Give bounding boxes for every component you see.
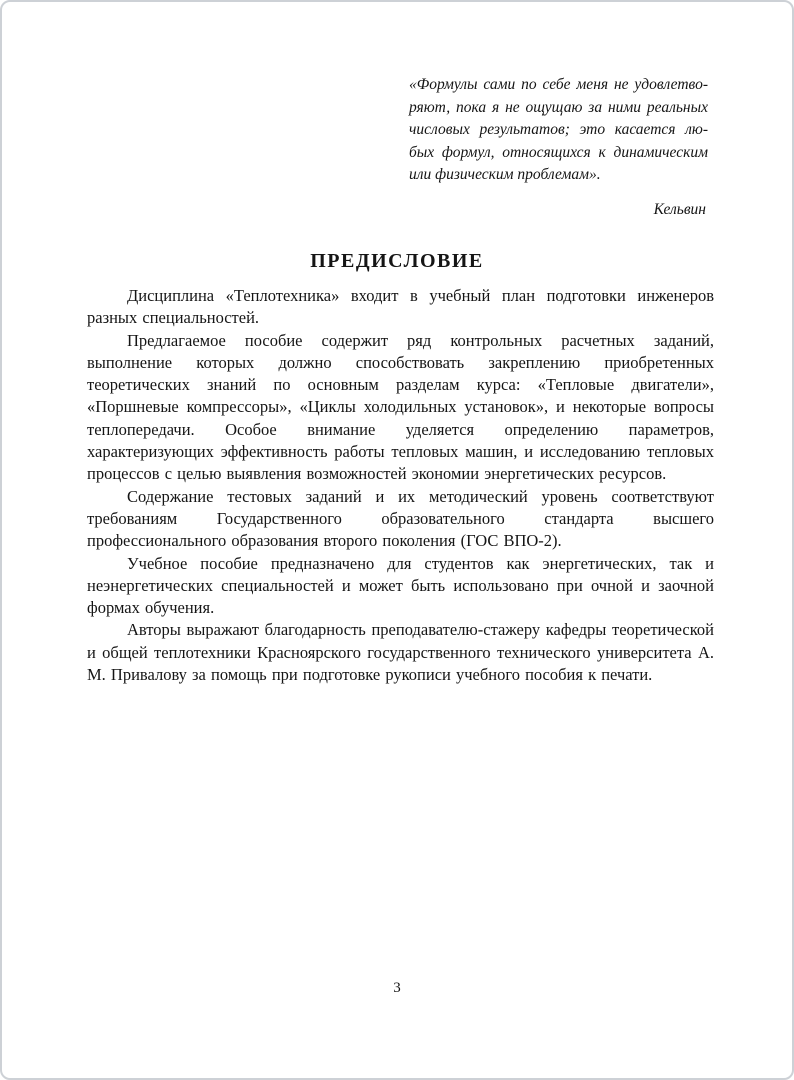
epigraph-author: Кельвин bbox=[409, 201, 708, 219]
page-number: 3 bbox=[2, 980, 792, 997]
paragraph: Учебное пособие предназначено для студен… bbox=[87, 553, 714, 620]
preface-body: Дисциплина «Теплотехника» входит в учебн… bbox=[87, 285, 714, 686]
epigraph-line: или физическим проблемам». bbox=[409, 164, 708, 187]
epigraph-line: числовых результатов; это касается лю- bbox=[409, 119, 708, 142]
paragraph: Предлагаемое пособие содержит ряд контро… bbox=[87, 330, 714, 486]
page-title: ПРЕДИСЛОВИЕ bbox=[2, 250, 792, 273]
paragraph: Дисциплина «Теплотехника» входит в учебн… bbox=[87, 285, 714, 330]
book-page: «Формулы сами по себе меня не удовлетво-… bbox=[0, 0, 794, 1080]
epigraph-line: ряют, пока я не ощущаю за ними реальных bbox=[409, 97, 708, 120]
epigraph: «Формулы сами по себе меня не удовлетво-… bbox=[409, 74, 708, 219]
paragraph: Содержание тестовых заданий и их методич… bbox=[87, 486, 714, 553]
paragraph: Авторы выражают благодарность преподават… bbox=[87, 619, 714, 686]
epigraph-line: бых формул, относящихся к динамическим bbox=[409, 142, 708, 165]
epigraph-line: «Формулы сами по себе меня не удовлетво- bbox=[409, 74, 708, 97]
